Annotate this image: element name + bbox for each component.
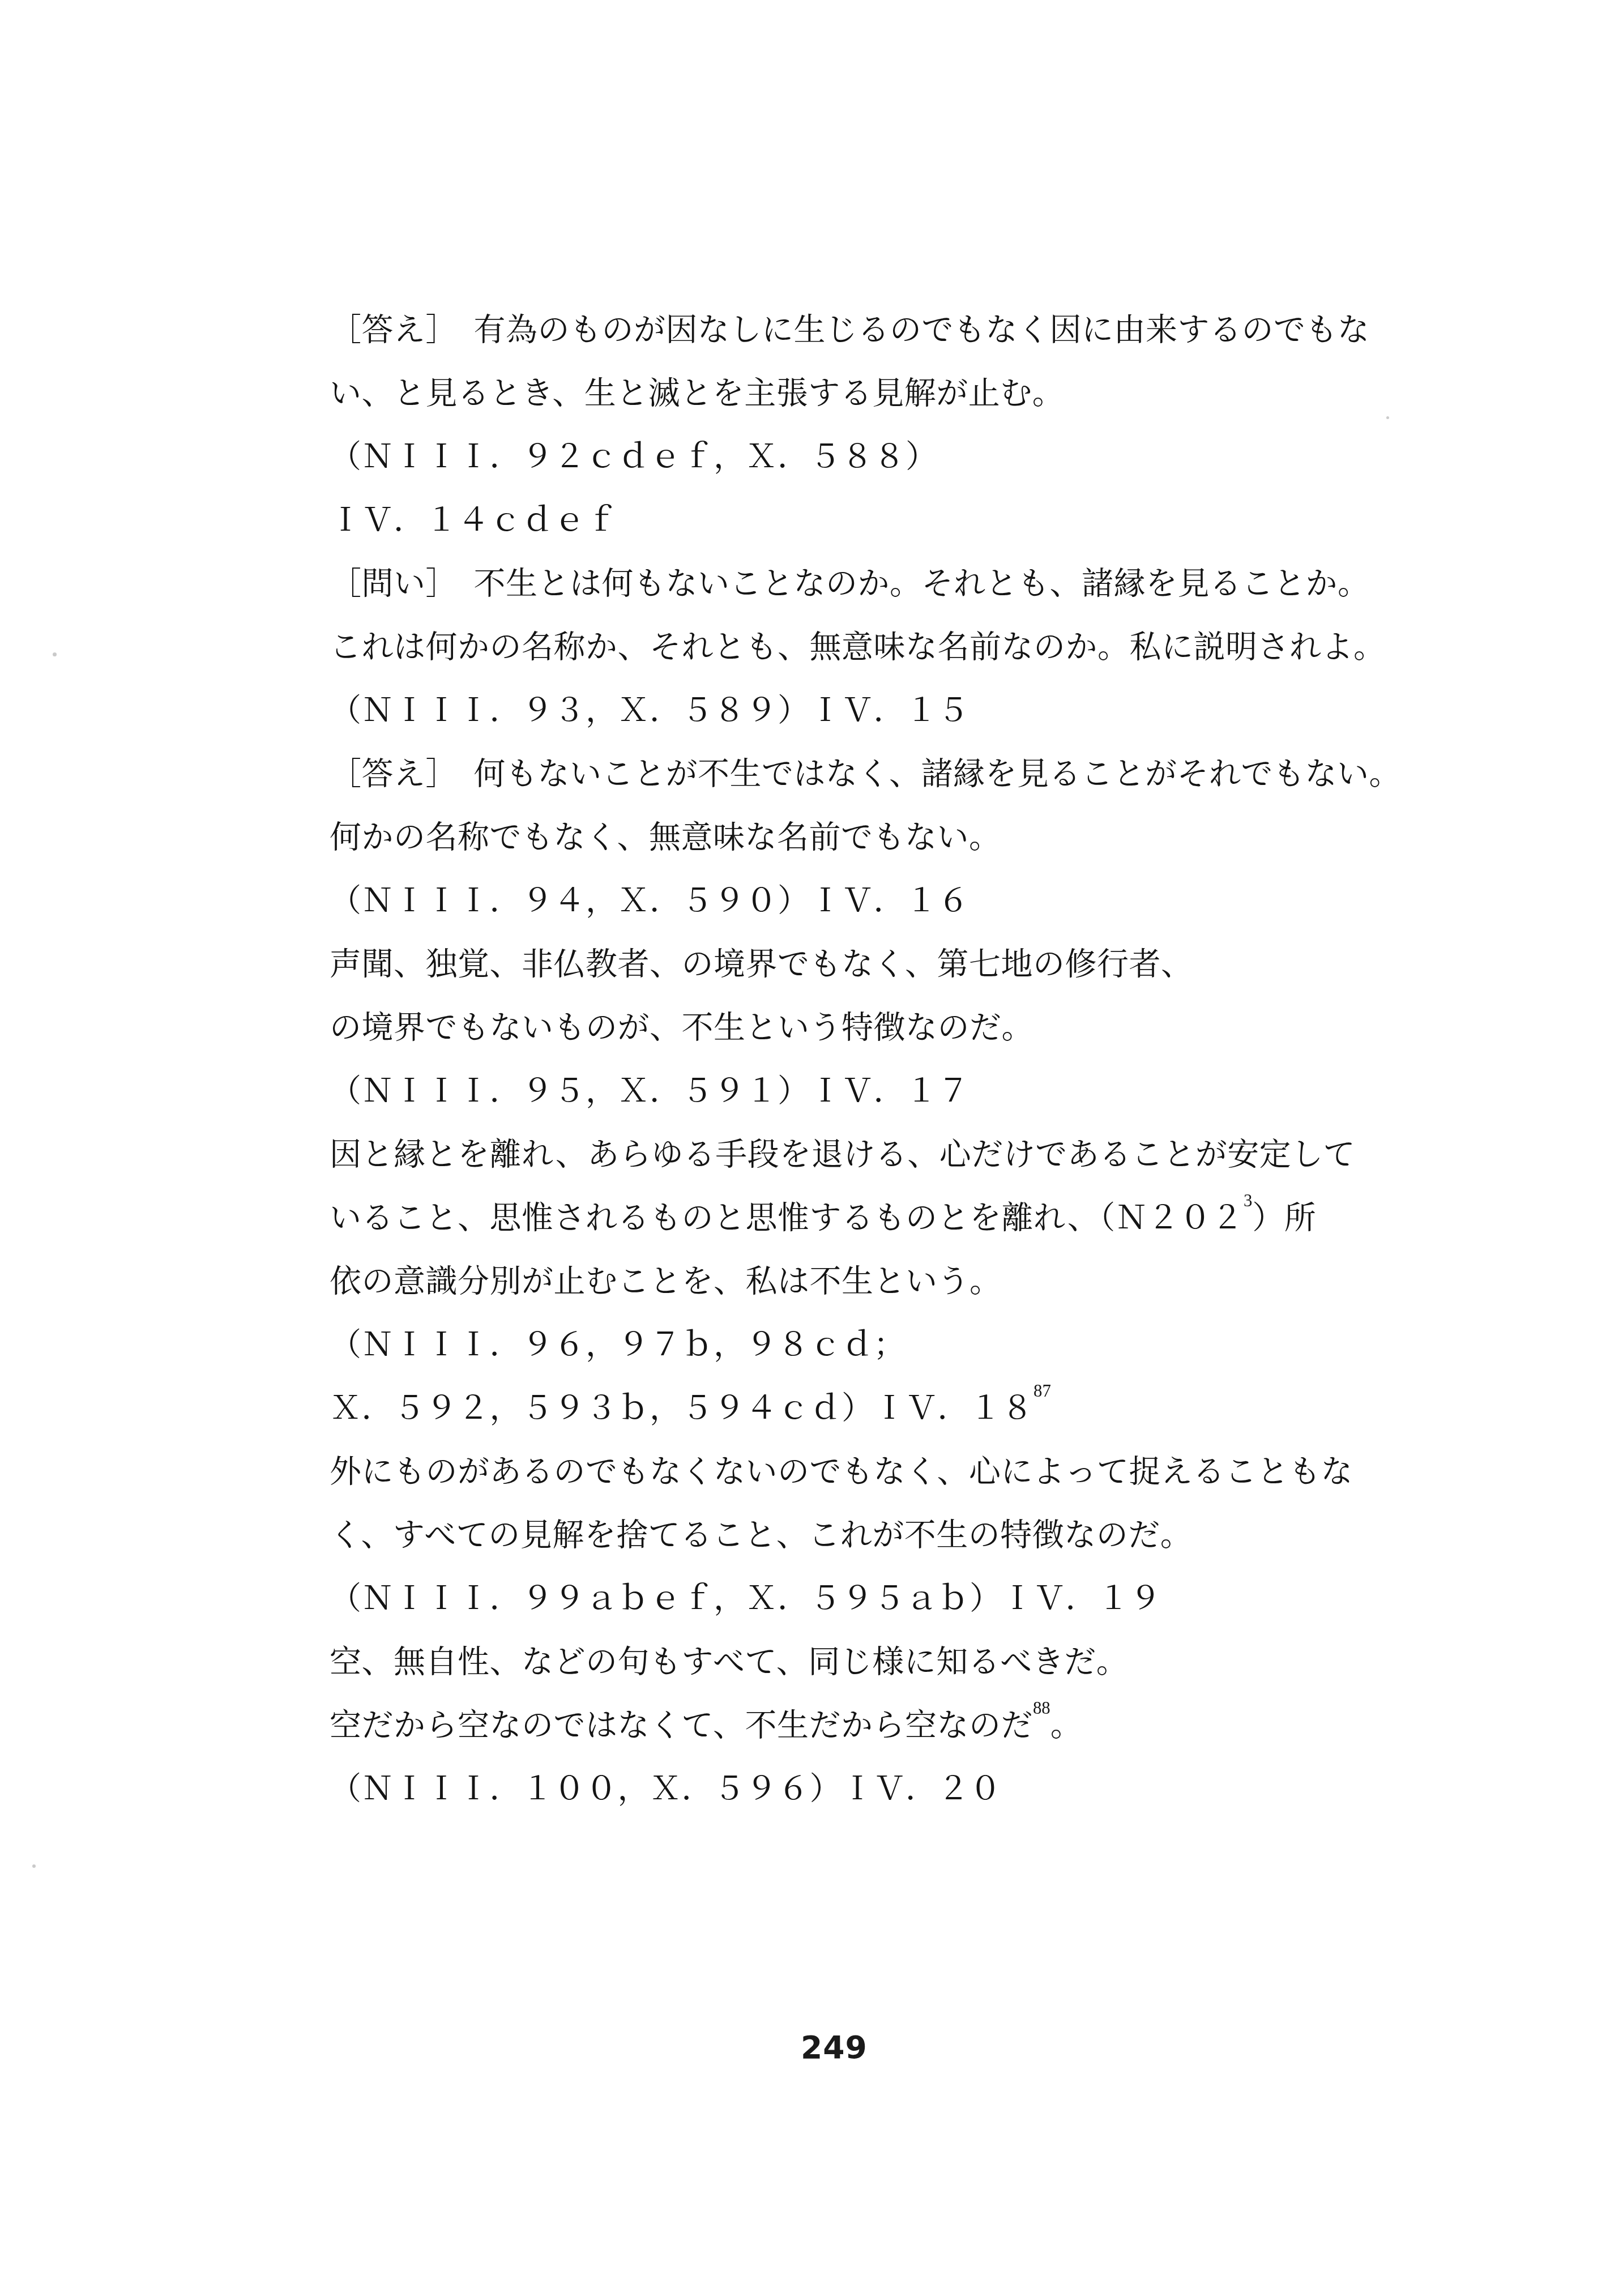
footnote-superscript: 3 bbox=[1244, 1191, 1252, 1210]
citation-line: （ＮＩＩＩ．９６，９７ｂ，９８ｃｄ； bbox=[330, 1313, 1490, 1377]
text-line: 空だから空なのではなくて、不生だから空なのだ88。 bbox=[330, 1694, 1490, 1757]
line-text: ＩＶ．１４ｃｄｅｆ bbox=[330, 503, 618, 538]
text-line: ［答え］ 有為のものが因なしに生じるのでもなく因に由来するのでもな bbox=[330, 298, 1490, 362]
line-text: く、すべての見解を捨てること、これが不生の特徴なのだ。 bbox=[330, 1518, 1192, 1553]
citation-line: （ＮＩＩＩ．１００，Ｘ．５９６）ＩＶ．２０ bbox=[330, 1757, 1490, 1821]
line-text: 因と縁とを離れ、あらゆる手段を退ける、心だけであることが安定して bbox=[330, 1137, 1355, 1172]
line-text: （ＮＩＩＩ．９４，Ｘ．５９０）ＩＶ．１６ bbox=[330, 884, 969, 919]
text-line: これは何かの名称か、それとも、無意味な名前なのか。私に説明されよ。 bbox=[330, 616, 1490, 679]
line-text: （ＮＩＩＩ．９３，Ｘ．５８９）ＩＶ．１５ bbox=[330, 693, 969, 728]
line-text: （ＮＩＩＩ．９９ａｂｅｆ，Ｘ．５９５ａｂ）ＩＶ．１９ bbox=[330, 1581, 1161, 1616]
page-number: 249 bbox=[801, 2029, 868, 2065]
line-text: の境界でもないものが、不生という特徴なのだ。 bbox=[330, 1010, 1033, 1045]
verse-label-line: ＩＶ．１４ｃｄｅｆ bbox=[330, 489, 1490, 552]
line-text: ［問い］ 不生とは何もないことなのか。それとも、諸縁を見ることか。 bbox=[330, 566, 1370, 601]
citation-line: （ＮＩＩＩ．９４，Ｘ．５９０）ＩＶ．１６ bbox=[330, 869, 1490, 933]
line-text: 依の意識分別が止むことを、私は不生という。 bbox=[330, 1264, 1002, 1299]
line-text: （ＮＩＩＩ．１００，Ｘ．５９６）ＩＶ．２０ bbox=[330, 1772, 1002, 1807]
citation-line: （ＮＩＩＩ．９２ｃｄｅｆ，Ｘ．５８８） bbox=[330, 425, 1490, 489]
line-text: （ＮＩＩＩ．９６，９７ｂ，９８ｃｄ； bbox=[330, 1328, 906, 1363]
text-line: 空、無自性、などの句もすべて、同じ様に知るべきだ。 bbox=[330, 1631, 1490, 1694]
footnote-superscript: 87 bbox=[1033, 1381, 1051, 1401]
line-text: い、と見るとき、生と滅とを主張する見解が止む。 bbox=[330, 376, 1064, 411]
line-text: ）所 bbox=[1252, 1201, 1316, 1236]
footnote-superscript: 88 bbox=[1033, 1698, 1050, 1718]
text-line: ［答え］ 何もないことが不生ではなく、諸縁を見ることがそれでもない。 bbox=[330, 742, 1490, 806]
scan-speck bbox=[1386, 416, 1389, 419]
citation-line: （ＮＩＩＩ．９９ａｂｅｆ，Ｘ．５９５ａｂ）ＩＶ．１９ bbox=[330, 1567, 1490, 1631]
line-text: 外にものがあるのでもなくないのでもなく、心によって捉えることもな bbox=[330, 1454, 1353, 1490]
text-line: 依の意識分別が止むことを、私は不生という。 bbox=[330, 1250, 1490, 1313]
text-line: の境界でもないものが、不生という特徴なのだ。 bbox=[330, 996, 1490, 1060]
line-text: （ＮＩＩＩ．９２ｃｄｅｆ，Ｘ．５８８） bbox=[330, 439, 938, 475]
text-block: ［答え］ 有為のものが因なしに生じるのでもなく因に由来するのでもな い、と見ると… bbox=[330, 298, 1490, 1821]
text-line: 外にものがあるのでもなくないのでもなく、心によって捉えることもな bbox=[330, 1440, 1490, 1504]
scan-speck bbox=[53, 652, 57, 656]
line-text: ［答え］ 何もないことが不生ではなく、諸縁を見ることがそれでもない。 bbox=[330, 757, 1401, 792]
scan-speck bbox=[32, 1864, 36, 1868]
line-text: 空だから空なのではなくて、不生だから空なのだ bbox=[330, 1708, 1033, 1743]
text-line: 何かの名称でもなく、無意味な名前でもない。 bbox=[330, 806, 1490, 869]
line-text: （ＮＩＩＩ．９５，Ｘ．５９１）ＩＶ．１７ bbox=[330, 1074, 969, 1109]
text-line: いること、思惟されるものと思惟するものとを離れ、（Ｎ２０２3）所 bbox=[330, 1187, 1490, 1250]
citation-line: （ＮＩＩＩ．９５，Ｘ．５９１）ＩＶ．１７ bbox=[330, 1060, 1490, 1123]
citation-line: Ｘ．５９２，５９３ｂ，５９４ｃｄ）ＩＶ．１８87 bbox=[330, 1377, 1490, 1440]
line-text: 空、無自性、などの句もすべて、同じ様に知るべきだ。 bbox=[330, 1645, 1128, 1680]
line-text: 声聞、独覚、非仏教者、の境界でもなく、第七地の修行者、 bbox=[330, 947, 1193, 982]
line-text: 何かの名称でもなく、無意味な名前でもない。 bbox=[330, 820, 1001, 855]
text-line: 声聞、独覚、非仏教者、の境界でもなく、第七地の修行者、 bbox=[330, 933, 1490, 996]
line-text: Ｘ．５９２，５９３ｂ，５９４ｃｄ）ＩＶ．１８ bbox=[330, 1391, 1033, 1426]
citation-line: （ＮＩＩＩ．９３，Ｘ．５８９）ＩＶ．１５ bbox=[330, 679, 1490, 742]
line-text: これは何かの名称か、それとも、無意味な名前なのか。私に説明されよ。 bbox=[330, 630, 1386, 665]
text-line: い、と見るとき、生と滅とを主張する見解が止む。 bbox=[330, 362, 1490, 425]
line-text: いること、思惟されるものと思惟するものとを離れ、（Ｎ２０２ bbox=[330, 1201, 1244, 1236]
text-line: 因と縁とを離れ、あらゆる手段を退ける、心だけであることが安定して bbox=[330, 1123, 1490, 1187]
scanned-document-page: ［答え］ 有為のものが因なしに生じるのでもなく因に由来するのでもな い、と見ると… bbox=[0, 0, 1623, 2296]
line-text: 。 bbox=[1050, 1708, 1083, 1743]
line-text: ［答え］ 有為のものが因なしに生じるのでもなく因に由来するのでもな bbox=[330, 313, 1370, 348]
text-line: ［問い］ 不生とは何もないことなのか。それとも、諸縁を見ることか。 bbox=[330, 552, 1490, 616]
text-line: く、すべての見解を捨てること、これが不生の特徴なのだ。 bbox=[330, 1504, 1490, 1567]
